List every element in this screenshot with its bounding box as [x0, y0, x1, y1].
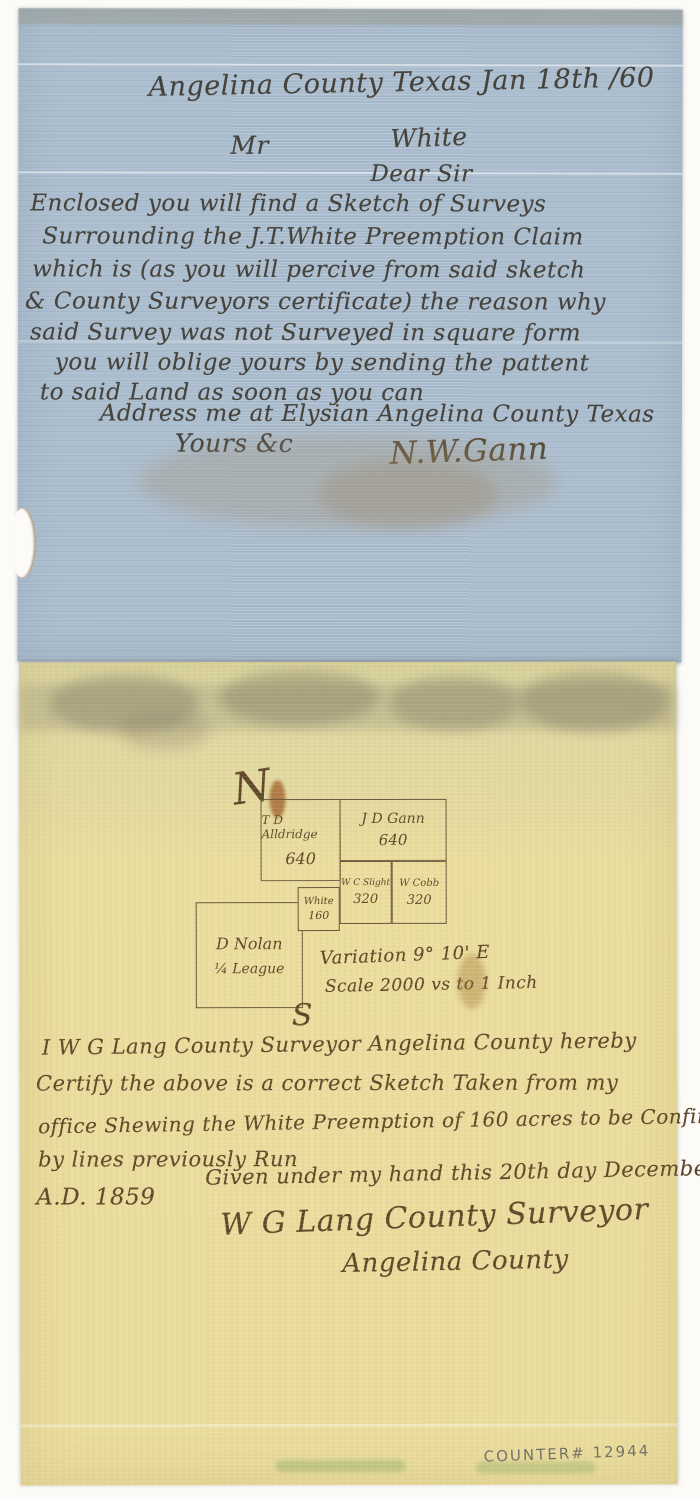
letter-mr: Mr: [230, 131, 269, 160]
letter-body-line: you will oblige yours by sending the pat…: [55, 349, 590, 376]
letter-page: Angelina County Texas Jan 18th /60 Mr Wh…: [17, 8, 682, 662]
paper-stain: [119, 710, 209, 750]
tract-acreage: 320: [407, 892, 432, 907]
tract-cobb: W Cobb 320: [392, 861, 447, 924]
page-fold-edge: [19, 8, 683, 25]
certificate-line: office Shewing the White Preemption of 1…: [38, 1103, 700, 1138]
letter-body-line: Surrounding the J.T.White Preemption Cla…: [42, 223, 584, 250]
letter-heading: Angelina County Texas Jan 18th /60: [148, 62, 655, 103]
tract-gann: J D Gann 640: [340, 799, 447, 861]
certificate-year: A.D. 1859: [36, 1184, 155, 1210]
tract-white: White 160: [298, 887, 340, 931]
tract-acreage: ¼ League: [214, 961, 284, 977]
tract-acreage: 640: [285, 849, 316, 868]
letter-closing: Yours &c: [175, 429, 294, 458]
ink-bleed-ghost: [276, 1460, 406, 1472]
letter-body-line: & County Surveyors certificate) the reas…: [25, 288, 606, 315]
tract-name: T D Alldridge: [262, 813, 340, 841]
paper-stain: [519, 671, 669, 731]
letter-salutation: Dear Sir: [370, 161, 472, 187]
paper-stain: [219, 670, 379, 725]
tract-name: W Cobb: [399, 877, 439, 888]
paper-stain-band: [19, 683, 676, 730]
document-scan: Angelina County Texas Jan 18th /60 Mr Wh…: [0, 0, 700, 1499]
tract-slight: W C Slight 320: [340, 861, 392, 924]
counter-number-stamp: COUNTER# 12944: [483, 1442, 650, 1466]
tract-name: D Nolan: [216, 934, 283, 953]
tract-name: White: [304, 896, 334, 907]
paper-stain: [49, 674, 199, 732]
torn-notch: [10, 508, 36, 578]
fold-crease: [21, 1423, 678, 1427]
letter-body-line: said Survey was not Surveyed in square f…: [30, 319, 581, 346]
letter-body-line: which is (as you will percive from said …: [32, 256, 585, 283]
surveyor-signature: W G Lang County Surveyor: [220, 1192, 649, 1243]
compass-south-label: S: [292, 998, 313, 1033]
scale-note: Scale 2000 vs to 1 Inch: [325, 973, 538, 997]
surveyor-signature-line2: Angelina County: [342, 1245, 569, 1279]
letter-signature: N.W.Gann: [389, 431, 549, 472]
letter-address-line: Address me at Elysian Angelina County Te…: [100, 400, 655, 427]
letter-addressee: White: [390, 122, 468, 154]
certificate-line: I W G Lang County Surveyor Angelina Coun…: [42, 1028, 637, 1059]
tract-acreage: 160: [308, 909, 329, 922]
tract-name: J D Gann: [361, 811, 424, 827]
variation-note: Variation 9° 10' E: [319, 942, 490, 969]
tract-nolan: D Nolan ¼ League: [196, 902, 303, 1008]
letter-body-line: Enclosed you will find a Sketch of Surve…: [30, 190, 546, 217]
survey-page: N T D Alldridge 640 J D Gann 640 W C Sli…: [19, 661, 677, 1485]
tract-name: W C Slight: [341, 878, 390, 888]
fold-crease: [18, 171, 682, 174]
certificate-line: Certify the above is a correct Sketch Ta…: [36, 1071, 618, 1096]
tract-alldridge: T D Alldridge 640: [261, 799, 341, 881]
tract-acreage: 320: [353, 892, 378, 907]
tract-acreage: 640: [379, 831, 408, 849]
paper-stain: [389, 676, 519, 731]
